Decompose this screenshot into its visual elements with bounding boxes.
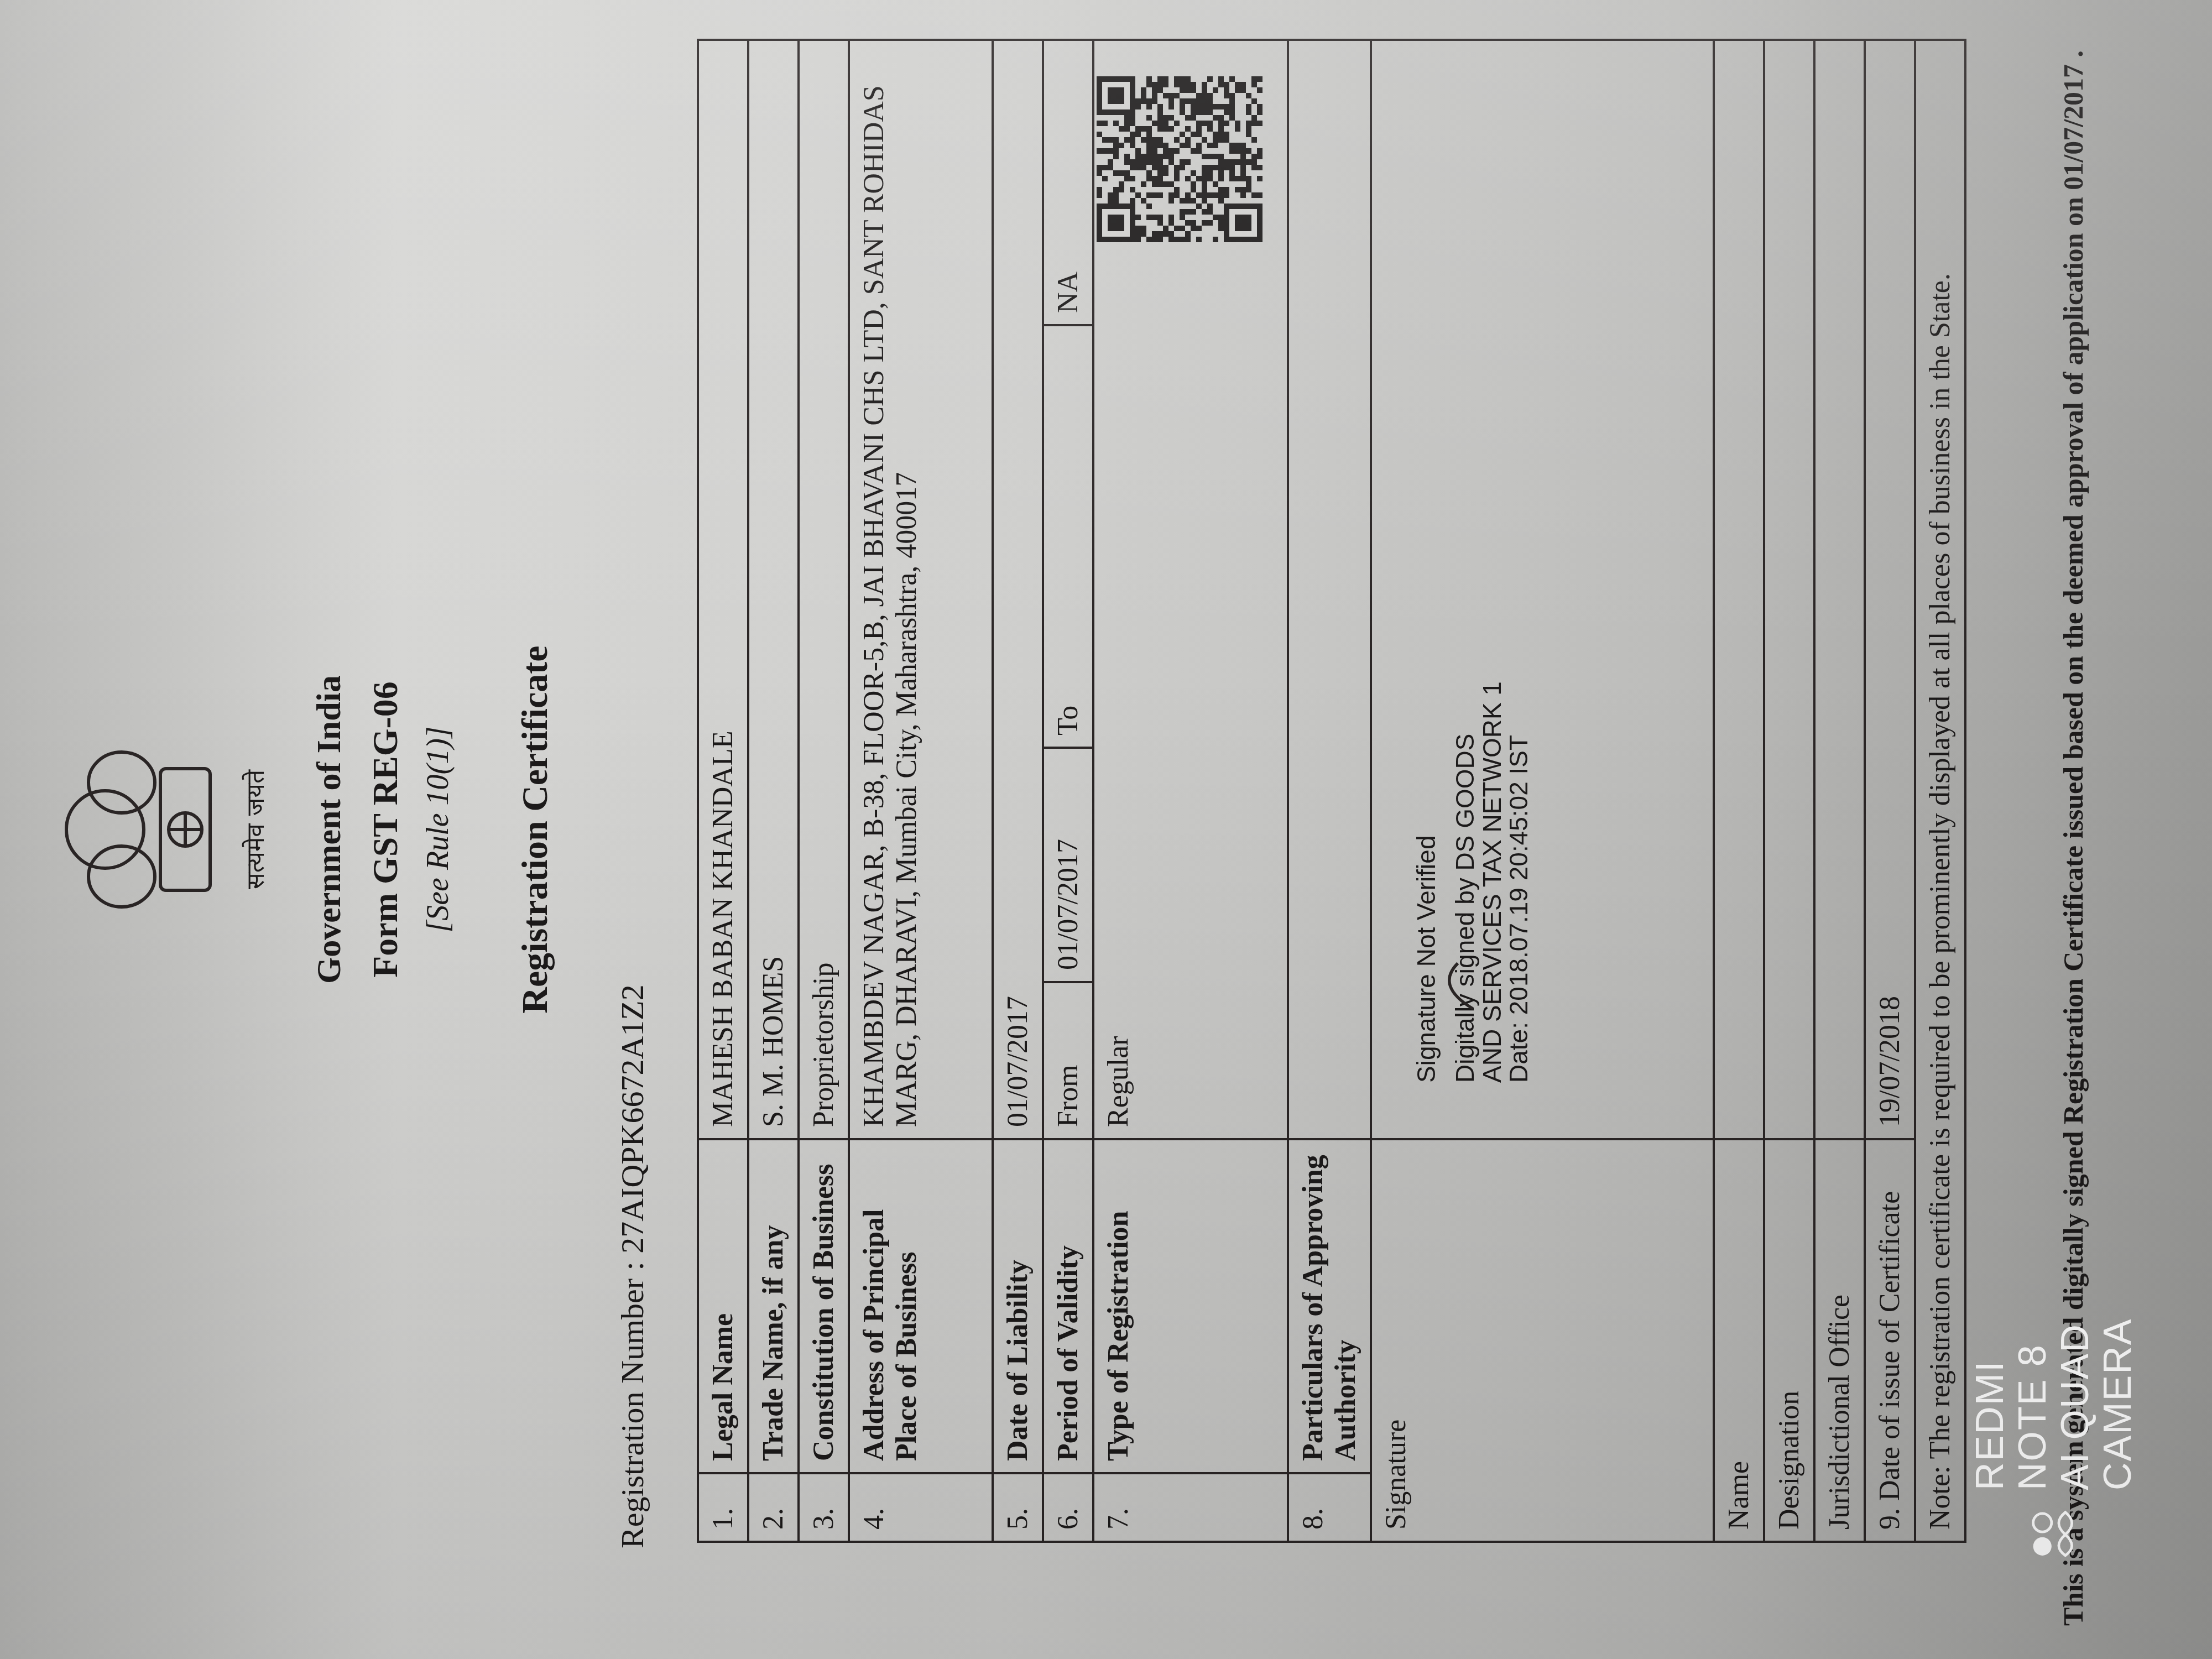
signed-by-line1: Digitally signed by DS GOODS	[1452, 52, 1478, 1083]
row-number: 8.	[1288, 1473, 1371, 1542]
certificate-table: 1. Legal Name MAHESH BABAN KHANDALE 2. T…	[697, 39, 1966, 1543]
table-row: Designation	[1764, 40, 1814, 1542]
display-note: Note: The registration certificate is re…	[1915, 40, 1965, 1542]
validity-from-value: 01/07/2017	[1044, 747, 1092, 981]
legal-name-value: MAHESH BABAN KHANDALE	[698, 40, 748, 1139]
designation-value	[1764, 40, 1814, 1139]
table-row: 5. Date of Liability 01/07/2017	[993, 40, 1043, 1542]
form-heading: Form GST REG-06	[365, 0, 406, 1659]
address-label: Address of Principal Place of Business	[849, 1139, 993, 1473]
certificate-page: सत्यमेव जयते Government of India Form GS…	[0, 0, 2212, 1659]
liability-date-label: Date of Liability	[993, 1139, 1043, 1473]
row-number: 5.	[993, 1473, 1043, 1542]
camera-watermark: REDMI NOTE 8 AI QUAD CAMERA	[1969, 1282, 2139, 1559]
registration-type-text: Regular	[1103, 1036, 1134, 1127]
table-row: 3. Constitution of Business Proprietorsh…	[799, 40, 849, 1542]
jurisdictional-office-label: Jurisdictional Office	[1814, 1139, 1865, 1542]
camera-logo-icon	[2012, 1507, 2095, 1559]
row-number: 2.	[748, 1473, 799, 1542]
watermark-line2: AI QUAD CAMERA	[2054, 1282, 2139, 1491]
ashoka-emblem-icon	[55, 735, 232, 924]
table-row: 4. Address of Principal Place of Busines…	[849, 40, 993, 1542]
issue-date-value: 19/07/2018	[1865, 40, 1915, 1139]
table-row: Jurisdictional Office	[1814, 40, 1865, 1542]
table-row: 1. Legal Name MAHESH BABAN KHANDALE	[698, 40, 748, 1542]
legal-name-label: Legal Name	[698, 1139, 748, 1473]
rule-reference: [See Rule 10(1)]	[420, 0, 456, 1659]
approving-authority-label: Particulars of Approving Authority	[1288, 1139, 1371, 1473]
liability-date-value: 01/07/2017	[993, 40, 1043, 1139]
signature-status-icon	[1435, 956, 1496, 1016]
table-row: Note: The registration certificate is re…	[1915, 40, 1965, 1542]
validity-to-value: NA	[1044, 260, 1092, 324]
certificate-title: Registration Certificate	[514, 0, 556, 1659]
row-number: 6.	[1043, 1473, 1093, 1542]
row-number: 1.	[698, 1473, 748, 1542]
registration-value: 27AIQPK6672A1Z2	[614, 984, 650, 1254]
constitution-label: Constitution of Business	[799, 1139, 849, 1473]
trade-name-value: S. M. HOMES	[748, 40, 799, 1139]
registration-label: Registration Number :	[614, 1261, 650, 1548]
signed-by-line2: AND SERVICES TAX NETWORK 1	[1479, 52, 1505, 1083]
row-number: 7.	[1093, 1473, 1288, 1542]
qr-code-icon	[1097, 76, 1262, 242]
table-row: 8. Particulars of Approving Authority	[1288, 40, 1371, 1542]
validity-from-label: From	[1044, 981, 1092, 1138]
table-row: Name	[1714, 40, 1764, 1542]
validity-to-label: To	[1044, 324, 1092, 747]
watermark-line1: REDMI NOTE 8	[1969, 1282, 2054, 1491]
signature-label: Signature	[1371, 1139, 1714, 1542]
government-heading: Government of India	[310, 0, 349, 1659]
trade-name-label: Trade Name, if any	[748, 1139, 799, 1473]
address-value: KHAMBDEV NAGAR, B-38, FLOOR-5,B, JAI BHA…	[849, 40, 993, 1139]
approving-authority-value	[1288, 40, 1371, 1139]
table-row: 6. Period of Validity From 01/07/2017 To…	[1043, 40, 1093, 1542]
validity-value: From 01/07/2017 To NA	[1043, 40, 1093, 1139]
table-row: 9. Date of issue of Certificate 19/07/20…	[1865, 40, 1915, 1542]
registration-type-label: Type of Registration	[1093, 1139, 1288, 1473]
jurisdictional-office-value	[1814, 40, 1865, 1139]
validity-label: Period of Validity	[1043, 1139, 1093, 1473]
table-row: Signature Signature Not Verified Digital…	[1371, 40, 1714, 1542]
issue-date-label: 9. Date of issue of Certificate	[1865, 1139, 1915, 1542]
motto: सत्यमेव जयते	[238, 735, 271, 924]
table-row: 7. Type of Registration Regular	[1093, 40, 1288, 1542]
name-label: Name	[1714, 1139, 1764, 1542]
registration-number: Registration Number : 27AIQPK6672A1Z2	[614, 984, 651, 1548]
registration-type-value: Regular	[1093, 40, 1288, 1139]
signature-status: Signature Not Verified	[1413, 52, 1439, 1083]
table-row: 2. Trade Name, if any S. M. HOMES	[748, 40, 799, 1542]
row-number: 4.	[849, 1473, 993, 1542]
row-number: 3.	[799, 1473, 849, 1542]
name-value	[1714, 40, 1764, 1139]
constitution-value: Proprietorship	[799, 40, 849, 1139]
designation-label: Designation	[1764, 1139, 1814, 1542]
signed-date: Date: 2018.07.19 20:45:02 IST	[1505, 52, 1532, 1083]
signature-value: Signature Not Verified Digitally signed …	[1371, 40, 1714, 1139]
